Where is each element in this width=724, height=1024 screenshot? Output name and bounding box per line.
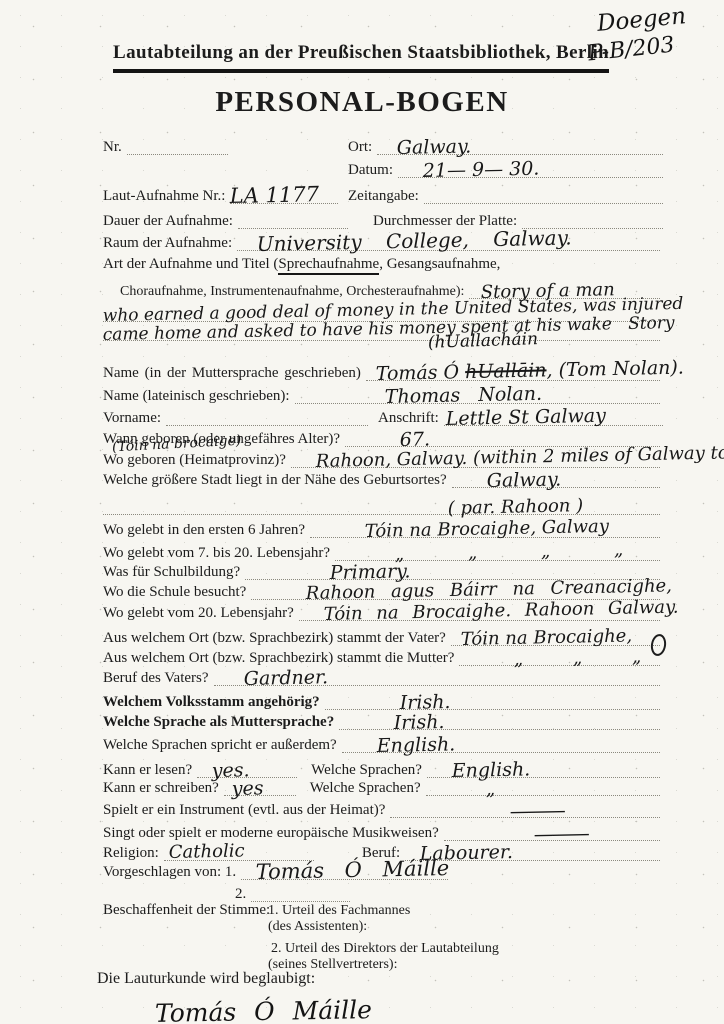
field-beruf-vaters-value: Gardner. [243, 668, 328, 689]
field-vorgeschlagen1-value: Tomás Ó Máille [256, 858, 450, 883]
field-raum-value: University College, Galway. [257, 227, 572, 254]
field-instrument-value: ——— [510, 800, 564, 821]
field-datum: Datum: 21— 9— 30. [348, 157, 663, 178]
field-dauer-label: Dauer der Aufnahme: [103, 213, 238, 230]
title-continuation-2-line: came home and asked to have his money sp… [103, 320, 660, 341]
parish-note-row: ( par. Rahoon ) [103, 494, 660, 515]
field-schule: Wo die Schule besucht? Rahoon agus Báirr… [103, 579, 660, 600]
field-schreiben-line: yes [224, 775, 296, 796]
field-musikweisen-label: Singt oder spielt er moderne europäische… [103, 825, 444, 842]
field-dauer: Dauer der Aufnahme: [103, 208, 348, 229]
institution-header: Lautabteilung an der Preußischen Staatsb… [113, 42, 609, 73]
field-name-irish-part1: Tomás Ó [375, 361, 465, 385]
field-datum-value: 21— 9— 30. [423, 160, 540, 181]
field-anschrift-line: Lettle St Galway [444, 405, 663, 426]
field-schule-line: Rahoon agus Báirr na Creanacighe, [251, 579, 660, 600]
field-vom20-value: Tóin na Brocaighe. Rahoon Galway. [323, 599, 678, 624]
field-zeitangabe-label: Zeitangabe: [348, 188, 424, 205]
field-ort-value: Galway. [397, 137, 472, 158]
name-correction-note: (hUallacháin [428, 331, 539, 353]
field-laut-nr-label: Laut-Aufnahme Nr.: [103, 188, 230, 205]
field-datum-label: Datum: [348, 162, 398, 179]
field-name-latin-label: Name (lateinisch geschrieben): [103, 388, 295, 405]
field-raum-line: University College, Galway. [237, 230, 660, 251]
field-wo-geboren-line: Rahoon, Galway. (within 2 miles of Galwa… [291, 447, 660, 468]
field-zeitangabe-line [424, 183, 663, 204]
field-ort-line: Galway. [377, 134, 663, 155]
field-schreiben-sprachen-line: „ [426, 775, 660, 796]
field-vorgeschlagen1-line: Tomás Ó Máille [241, 859, 448, 880]
field-art-line2-label: Choraufnahme, Instrumentenaufnahme, Orch… [120, 284, 469, 299]
field-vorname: Vorname: [103, 405, 368, 426]
scanned-form-page: Doegen P-B/203 Lautabteilung an der Preu… [0, 0, 724, 1024]
field-ort: Ort: Galway. [348, 134, 663, 155]
field-ersten6-label: Wo gelebt in den ersten 6 Jahren? [103, 522, 310, 539]
field-vorgeschlagen2: 2. [235, 881, 350, 902]
beglaubigt-label: Die Lauturkunde wird beglaubigt: [97, 970, 315, 988]
field-musikweisen: Singt oder spielt er moderne europäische… [103, 820, 660, 841]
field-mutter-ort: Aus welchem Ort (bzw. Sprachbezirk) stam… [103, 645, 660, 666]
field-weitere-sprachen-value: English. [376, 735, 455, 756]
field-name-latin: Name (lateinisch geschrieben): Thomas No… [103, 383, 660, 404]
title-continuation-2-value: came home and asked to have his money sp… [103, 315, 675, 344]
field-name-irish-label: Name (in der Muttersprache geschrieben) [103, 365, 366, 382]
field-muttersprache-line: Irish. [339, 709, 660, 730]
field-schule-label: Wo die Schule besucht? [103, 584, 251, 601]
field-ersten6: Wo gelebt in den ersten 6 Jahren? Tóin n… [103, 517, 660, 538]
field-vorgeschlagen2-label: 2. [235, 886, 251, 903]
field-name-latin-line: Thomas Nolan. [295, 383, 660, 404]
field-beruf-vaters-label: Beruf des Vaters? [103, 670, 214, 687]
field-vater-ort-line: Tóin na Brocaighe, [451, 625, 660, 646]
parish-note-line: ( par. Rahoon ) [103, 494, 660, 515]
field-name-irish-value: Tomás Ó hUallāin, (Tom Nolan). [375, 359, 683, 384]
field-art-line1-prefix: Art der Aufnahme und Titel ( [103, 256, 278, 272]
field-nr-label: Nr. [103, 139, 127, 156]
field-zeitangabe: Zeitangabe: [348, 183, 663, 204]
stimme-judgement1: 1. Urteil des Fachmannes [268, 903, 410, 919]
field-weitere-sprachen-line: English. [342, 732, 660, 753]
field-weitere-sprachen-label: Welche Sprachen spricht er außerdem? [103, 737, 342, 754]
form-title: PERSONAL-BOGEN [0, 86, 724, 119]
field-beruf-vaters: Beruf des Vaters? Gardner. [103, 665, 660, 686]
field-art-line1-suffix: , Gesangsaufnahme, [379, 256, 500, 272]
field-7bis20: Wo gelebt vom 7. bis 20. Lebensjahr? „ „… [103, 540, 660, 561]
field-muttersprache-label: Welche Sprache als Muttersprache? [103, 714, 339, 731]
title-continuation-2: came home and asked to have his money sp… [103, 320, 660, 341]
field-vorname-label: Vorname: [103, 410, 166, 427]
field-name-irish: Name (in der Muttersprache geschrieben) … [103, 360, 660, 381]
field-ersten6-line: Tóin na Brocaighe, Galway [310, 517, 660, 538]
field-schreiben-label: Kann er schreiben? [103, 780, 224, 797]
field-muttersprache: Welche Sprache als Muttersprache? Irish. [103, 709, 660, 730]
field-weitere-sprachen: Welche Sprachen spricht er außerdem? Eng… [103, 732, 660, 753]
field-laut-nr: Laut-Aufnahme Nr.: LA 1177 [103, 183, 338, 204]
field-muttersprache-value: Irish. [394, 713, 445, 733]
field-name-latin-value: Thomas Nolan. [384, 385, 542, 407]
signature: Tomás Ó Máille [155, 997, 372, 1024]
field-laut-nr-line: LA 1177 [230, 183, 338, 204]
field-vorgeschlagen2-line [251, 881, 350, 902]
field-groessere-stadt-line: Galway. [452, 467, 660, 488]
field-name-irish-part2: , (Tom Nolan). [546, 357, 684, 382]
field-instrument-line: ——— [390, 797, 660, 818]
field-schreiben: Kann er schreiben? yes Welche Sprachen? … [103, 775, 660, 796]
field-raum: Raum der Aufnahme: University College, G… [103, 230, 660, 251]
stimme-judgement1b: (des Assistenten): [268, 919, 367, 935]
field-anschrift: Anschrift: Lettle St Galway [378, 405, 663, 426]
field-schreiben-sprachen-label: Welche Sprachen? [296, 780, 426, 797]
field-vom20: Wo gelebt vom 20. Lebensjahr? Tóin na Br… [103, 600, 660, 621]
stimme-judgement2: 2. Urteil des Direktors der Lautabteilun… [271, 941, 499, 957]
field-wo-geboren: Wo geboren (Heimatprovinz)? Rahoon, Galw… [103, 447, 660, 468]
field-7bis20-line: „ „ „ „ [335, 540, 660, 561]
archivist-note-doegen: Doegen [596, 4, 687, 36]
field-wo-geboren-label: Wo geboren (Heimatprovinz)? [103, 452, 291, 469]
field-nr-line [127, 134, 228, 155]
field-volksstamm-label: Welchem Volksstamm angehörig? [103, 694, 325, 711]
field-mutter-ort-line: „ „ „ [459, 645, 660, 666]
field-name-irish-line: Tomás Ó hUallāin, (Tom Nolan). [366, 360, 660, 381]
field-volksstamm: Welchem Volksstamm angehörig? Irish. [103, 689, 660, 710]
field-instrument: Spielt er ein Instrument (evtl. aus der … [103, 797, 660, 818]
field-name-irish-struck: hUallāin [465, 359, 547, 383]
field-schulbildung-label: Was für Schulbildung? [103, 564, 245, 581]
field-mutter-ort-label: Aus welchem Ort (bzw. Sprachbezirk) stam… [103, 650, 459, 667]
field-dauer-line [238, 208, 348, 229]
field-beruf-vaters-line: Gardner. [214, 665, 660, 686]
field-nr: Nr. [103, 134, 228, 155]
field-vom20-line: Tóin na Brocaighe. Rahoon Galway. [299, 600, 660, 621]
field-vater-ort-label: Aus welchem Ort (bzw. Sprachbezirk) stam… [103, 630, 451, 647]
field-groessere-stadt: Welche größere Stadt liegt in der Nähe d… [103, 467, 660, 488]
field-laut-nr-value: LA 1177 [230, 184, 320, 207]
field-vom20-label: Wo gelebt vom 20. Lebensjahr? [103, 605, 299, 622]
field-raum-label: Raum der Aufnahme: [103, 235, 237, 252]
field-ort-label: Ort: [348, 139, 377, 156]
field-vorgeschlagen1-label: Vorgeschlagen von: 1. [103, 864, 241, 881]
parish-note-value: ( par. Rahoon ) [448, 497, 584, 518]
field-art-line1-underlined: Sprechaufnahme [278, 256, 379, 275]
field-vater-ort: Aus welchem Ort (bzw. Sprachbezirk) stam… [103, 625, 660, 646]
field-ersten6-value: Tóin na Brocaighe, Galway [365, 518, 610, 541]
field-religion-line: Catholic [164, 840, 314, 861]
field-art-line1: Art der Aufnahme und Titel (Sprechaufnah… [103, 256, 500, 273]
field-groessere-stadt-label: Welche größere Stadt liegt in der Nähe d… [103, 472, 452, 489]
field-datum-line: 21— 9— 30. [398, 157, 663, 178]
field-vorgeschlagen1: Vorgeschlagen von: 1. Tomás Ó Máille [103, 859, 448, 880]
field-anschrift-label: Anschrift: [378, 410, 444, 427]
field-instrument-label: Spielt er ein Instrument (evtl. aus der … [103, 802, 390, 819]
field-musikweisen-line: ——— [444, 820, 660, 841]
field-vorname-line [166, 405, 368, 426]
field-groessere-stadt-value: Galway. [486, 470, 561, 491]
stimme-label: Beschaffenheit der Stimme: [103, 902, 270, 919]
field-volksstamm-line: Irish. [325, 689, 660, 710]
